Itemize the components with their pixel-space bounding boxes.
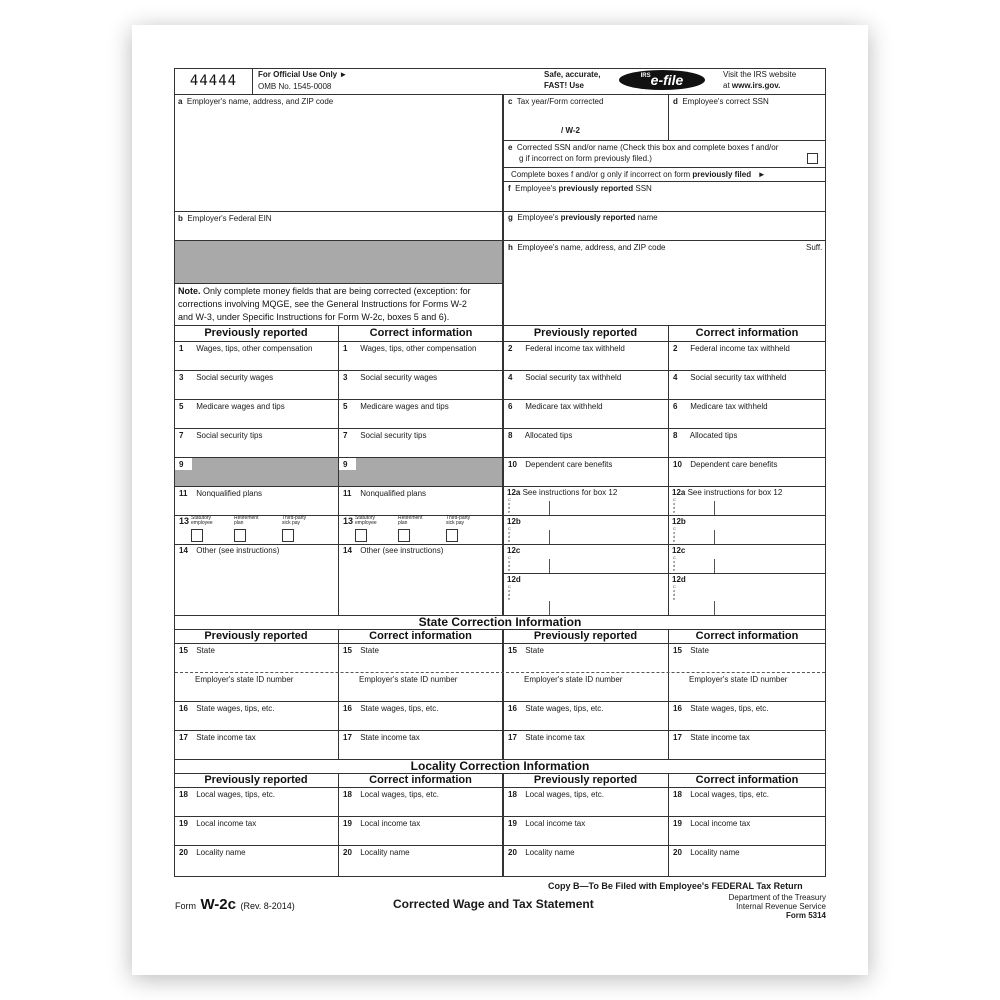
box-15-prev-2-field[interactable]	[504, 657, 667, 671]
box-19-label-correct-1: 19 Local income tax	[343, 819, 420, 829]
box-4-label-correct: 4 Social security tax withheld	[673, 373, 786, 383]
box-7-correct-field[interactable]	[339, 442, 502, 456]
state-id-label-correct-1: Employer's state ID number	[356, 675, 457, 685]
fg-instruction: Complete boxes f and/or g only if incorr…	[511, 170, 766, 180]
box-3-label-correct: 3 Social security wages	[343, 373, 437, 383]
state-col-header-2: Previously reported	[503, 629, 668, 643]
locality-col-header-0: Previously reported	[174, 773, 338, 787]
box-19-prev-2-field[interactable]	[504, 830, 667, 844]
box-11-label-correct: 11 Nonqualified plans	[343, 489, 426, 499]
box-6-label-prev: 6 Medicare tax withheld	[508, 402, 603, 412]
box-20-label-prev-2: 20 Locality name	[508, 848, 575, 858]
box-13-option-1-label-2: plan	[398, 521, 407, 526]
box-a-label: a Employer's name, address, and ZIP code	[178, 97, 333, 107]
box-6-label-correct: 6 Medicare tax withheld	[673, 402, 768, 412]
state-id-separator	[175, 672, 825, 673]
box-17-label-correct-1: 17 State income tax	[343, 733, 420, 743]
box-13-retirement-plan-checkbox-correct[interactable]	[398, 529, 410, 542]
col-header-correct-2: Correct information	[668, 326, 826, 340]
box-12c-code-prev-field[interactable]	[514, 556, 548, 572]
box-18-label-correct-1: 18 Local wages, tips, etc.	[343, 790, 439, 800]
box-13-option-2-label-2: sick pay	[282, 521, 300, 526]
box-h-suffix-label: Suff.	[806, 243, 822, 253]
code-vertical-label: Code	[508, 556, 512, 572]
irs-visit-line1: Visit the IRS website	[723, 70, 796, 80]
efile-logo-irs: IRS	[641, 73, 651, 79]
box-9-number-bg	[339, 458, 356, 470]
box-15-label-prev-0: 15 State	[179, 646, 215, 656]
box-9-shaded-prev	[175, 458, 338, 486]
box-17-label-prev-0: 17 State income tax	[179, 733, 256, 743]
box-6-prev-field[interactable]	[504, 413, 667, 427]
box-16-prev-0-field[interactable]	[175, 715, 337, 729]
box-16-label-correct-1: 16 State wages, tips, etc.	[343, 704, 438, 714]
box-13-statutory-employee-checkbox-correct[interactable]	[355, 529, 367, 542]
box-13-option-0-label-2: employee	[355, 521, 377, 526]
box-14-other-prev-field[interactable]	[175, 557, 337, 614]
box-14-label-prev: 14 Other (see instructions)	[179, 546, 279, 556]
box-14-other-correct-field[interactable]	[339, 557, 502, 614]
box-17-label-prev-2: 17 State income tax	[508, 733, 585, 743]
box-12a-label-prev: 12a See instructions for box 12	[507, 488, 617, 498]
code-divider	[549, 530, 550, 544]
box-8-label-correct: 8 Allocated tips	[673, 431, 737, 441]
code-divider	[714, 530, 715, 544]
box-19-correct-3-field[interactable]	[669, 830, 825, 844]
state-id-prev-2-field[interactable]	[504, 686, 667, 700]
box-1-label-correct: 1 Wages, tips, other compensation	[343, 344, 476, 354]
efile-logo-text: e-file	[651, 72, 684, 88]
code-vertical-label: Code	[673, 585, 677, 601]
box-11-prev-field[interactable]	[175, 500, 337, 514]
box-13-retirement-plan-checkbox-prev[interactable]	[234, 529, 246, 542]
locality-section-title: Locality Correction Information	[174, 759, 826, 773]
box-12d-amount-correct-field[interactable]	[716, 585, 824, 614]
state-section-title: State Correction Information	[174, 615, 826, 629]
box-16-label-prev-0: 16 State wages, tips, etc.	[179, 704, 274, 714]
code-vertical-label: Code	[508, 498, 512, 514]
box-10-prev-field[interactable]	[504, 471, 667, 485]
state-id-prev-0-field[interactable]	[175, 686, 337, 700]
box-17-correct-3-field[interactable]	[669, 744, 825, 758]
box-3-correct-field[interactable]	[339, 384, 502, 398]
box-18-prev-0-field[interactable]	[175, 801, 337, 815]
box-3-prev-field[interactable]	[175, 384, 337, 398]
state-col-header-3: Correct information	[668, 629, 826, 643]
box-e-corrected-checkbox[interactable]	[807, 153, 818, 164]
box-2-prev-field[interactable]	[504, 355, 667, 369]
col-header-correct-1: Correct information	[339, 326, 503, 340]
box-5-label-correct: 5 Medicare wages and tips	[343, 402, 449, 412]
state-id-label-prev-0: Employer's state ID number	[192, 675, 293, 685]
box-c-label: c Tax year/Form corrected	[508, 97, 603, 107]
box-20-label-correct-3: 20 Locality name	[673, 848, 740, 858]
box-6-correct-field[interactable]	[669, 413, 825, 427]
box-20-prev-0-field[interactable]	[175, 859, 337, 873]
state-col-header-0: Previously reported	[174, 629, 338, 643]
box-20-label-prev-0: 20 Locality name	[179, 848, 246, 858]
locality-col-header-2: Previously reported	[503, 773, 668, 787]
box-7-prev-field[interactable]	[175, 442, 337, 456]
box-1-label-prev: 1 Wages, tips, other compensation	[179, 344, 312, 354]
efile-tagline-1: Safe, accurate,	[544, 70, 600, 80]
box-12b-amount-prev-field[interactable]	[551, 527, 666, 543]
box-16-label-prev-2: 16 State wages, tips, etc.	[508, 704, 603, 714]
shaded-area	[175, 241, 502, 283]
box-7-label-correct: 7 Social security tips	[343, 431, 426, 441]
state-id-label-prev-2: Employer's state ID number	[521, 675, 622, 685]
box-11-correct-field[interactable]	[339, 500, 502, 514]
employee-name-address-field[interactable]	[504, 254, 825, 325]
box-12b-code-prev-field[interactable]	[514, 527, 548, 543]
box-19-label-correct-3: 19 Local income tax	[673, 819, 750, 829]
box-b-label: b Employer's Federal EIN	[178, 214, 272, 224]
code-divider	[549, 601, 550, 615]
code-vertical-label: Code	[673, 498, 677, 514]
box-17-label-correct-3: 17 State income tax	[673, 733, 750, 743]
box-2-label-correct: 2 Federal income tax withheld	[673, 344, 790, 354]
box-4-correct-field[interactable]	[669, 384, 825, 398]
box-13-third-party-sick-pay-checkbox-correct[interactable]	[446, 529, 458, 542]
box-16-prev-2-field[interactable]	[504, 715, 667, 729]
box-8-correct-field[interactable]	[669, 442, 825, 456]
box-20-correct-3-field[interactable]	[669, 859, 825, 873]
locality-col-header-1: Correct information	[338, 773, 503, 787]
box-10-label-correct: 10 Dependent care benefits	[673, 460, 777, 470]
box-20-correct-1-field[interactable]	[339, 859, 502, 873]
code-divider	[714, 501, 715, 515]
box-f-label: f Employee's previously reported SSN	[508, 184, 652, 194]
box-14-label-correct: 14 Other (see instructions)	[343, 546, 443, 556]
box-9-number-bg	[175, 458, 192, 470]
box-g-label: g Employee's previously reported name	[508, 213, 658, 223]
box-18-prev-2-field[interactable]	[504, 801, 667, 815]
box-13-option-2-label-2: sick pay	[446, 521, 464, 526]
code-divider	[714, 601, 715, 615]
irs-visit-at: at	[723, 81, 732, 90]
state-col-header-1: Correct information	[338, 629, 503, 643]
box-12c-code-correct-field[interactable]	[679, 556, 713, 572]
box-19-correct-1-field[interactable]	[339, 830, 502, 844]
box-10-correct-field[interactable]	[669, 471, 825, 485]
box-19-label-prev-2: 19 Local income tax	[508, 819, 585, 829]
box-d-label: d Employee's correct SSN	[673, 97, 769, 107]
irs-efile-logo: IRSe-file	[619, 70, 705, 90]
box-17-correct-1-field[interactable]	[339, 744, 502, 758]
irs-website-link[interactable]: www.irs.gov.	[732, 81, 780, 90]
box-18-correct-3-field[interactable]	[669, 801, 825, 815]
form-title: Corrected Wage and Tax Statement	[393, 897, 594, 911]
box-18-label-correct-3: 18 Local wages, tips, etc.	[673, 790, 769, 800]
box-1-prev-field[interactable]	[175, 355, 337, 369]
box-12a-code-correct-field[interactable]	[679, 498, 713, 514]
box-h-label: h Employee's name, address, and ZIP code	[508, 243, 665, 253]
box-18-label-prev-0: 18 Local wages, tips, etc.	[179, 790, 275, 800]
box-12d-code-correct-field[interactable]	[679, 585, 713, 614]
box-12d-code-prev-field[interactable]	[514, 585, 548, 614]
employer-ein-field[interactable]	[175, 224, 502, 240]
box-15-correct-1-field[interactable]	[339, 657, 502, 671]
box-15-label-prev-2: 15 State	[508, 646, 544, 656]
box-12a-amount-prev-field[interactable]	[551, 498, 666, 514]
box-13-statutory-employee-checkbox-prev[interactable]	[191, 529, 203, 542]
col-header-prev-1: Previously reported	[174, 326, 338, 340]
code-divider	[714, 559, 715, 573]
box-15-label-correct-1: 15 State	[343, 646, 379, 656]
box-e-label-line2: g if incorrect on form previously filed.…	[519, 154, 652, 164]
box-17-prev-2-field[interactable]	[504, 744, 667, 758]
code-divider	[549, 501, 550, 515]
box-12a-label-correct: 12a See instructions for box 12	[672, 488, 782, 498]
box-13-option-1-label-2: plan	[234, 521, 243, 526]
box-9-shaded-correct	[339, 458, 502, 486]
copy-designation: Copy B—To Be Filed with Employee's FEDER…	[548, 881, 803, 891]
col-header-prev-2: Previously reported	[503, 326, 668, 340]
employee-correct-ssn-field[interactable]	[669, 108, 825, 140]
box-12a-code-prev-field[interactable]	[514, 498, 548, 514]
box-4-prev-field[interactable]	[504, 384, 667, 398]
box-12c-amount-correct-field[interactable]	[716, 556, 824, 572]
box-15-label-correct-3: 15 State	[673, 646, 709, 656]
note-text: Note. Only complete money fields that ar…	[178, 285, 500, 324]
box-16-correct-3-field[interactable]	[669, 715, 825, 729]
box-13-number-correct: 13	[343, 516, 353, 526]
box-12d-amount-prev-field[interactable]	[551, 585, 666, 614]
code-vertical-label: Code	[508, 585, 512, 601]
code-vertical-label: Code	[673, 556, 677, 572]
box-19-label-prev-0: 19 Local income tax	[179, 819, 256, 829]
box-7-label-prev: 7 Social security tips	[179, 431, 262, 441]
box-5-label-prev: 5 Medicare wages and tips	[179, 402, 285, 412]
box-18-correct-1-field[interactable]	[339, 801, 502, 815]
box-1-correct-field[interactable]	[339, 355, 502, 369]
code-vertical-label: Code	[508, 527, 512, 543]
box-13-number-prev: 13	[179, 516, 189, 526]
box-13-third-party-sick-pay-checkbox-prev[interactable]	[282, 529, 294, 542]
box-4-label-prev: 4 Social security tax withheld	[508, 373, 621, 383]
box-8-prev-field[interactable]	[504, 442, 667, 456]
box-20-label-correct-1: 20 Locality name	[343, 848, 410, 858]
box-5-correct-field[interactable]	[339, 413, 502, 427]
state-id-correct-3-field[interactable]	[669, 686, 825, 700]
previously-reported-ssn-field[interactable]	[504, 194, 825, 211]
omb-number: OMB No. 1545-0008	[258, 82, 331, 92]
locality-col-header-3: Correct information	[668, 773, 826, 787]
box-5-prev-field[interactable]	[175, 413, 337, 427]
box-12b-code-correct-field[interactable]	[679, 527, 713, 543]
box-9-label-prev: 9	[179, 460, 183, 470]
box-20-prev-2-field[interactable]	[504, 859, 667, 873]
control-number: 44444	[175, 69, 252, 94]
box-c-value[interactable]: / W-2	[561, 126, 580, 136]
box-15-prev-0-field[interactable]	[175, 657, 337, 671]
box-10-label-prev: 10 Dependent care benefits	[508, 460, 612, 470]
state-id-label-correct-3: Employer's state ID number	[686, 675, 787, 685]
employer-name-address-field[interactable]	[175, 108, 502, 210]
box-2-label-prev: 2 Federal income tax withheld	[508, 344, 625, 354]
box-15-correct-3-field[interactable]	[669, 657, 825, 671]
box-11-label-prev: 11 Nonqualified plans	[179, 489, 262, 499]
box-2-correct-field[interactable]	[669, 355, 825, 369]
code-vertical-label: Code	[673, 527, 677, 543]
efile-tagline-2: FAST! Use	[544, 81, 584, 91]
previously-reported-name-field[interactable]	[504, 223, 825, 240]
state-id-correct-1-field[interactable]	[339, 686, 502, 700]
box-12b-amount-correct-field[interactable]	[716, 527, 824, 543]
box-17-prev-0-field[interactable]	[175, 744, 337, 758]
box-16-correct-1-field[interactable]	[339, 715, 502, 729]
box-8-label-prev: 8 Allocated tips	[508, 431, 572, 441]
box-e-label-line1: e Corrected SSN and/or name (Check this …	[508, 143, 778, 153]
box-3-label-prev: 3 Social security wages	[179, 373, 273, 383]
box-13-option-0-label-2: employee	[191, 521, 213, 526]
code-divider	[549, 559, 550, 573]
box-12a-amount-correct-field[interactable]	[716, 498, 824, 514]
form-number: Form 5314	[693, 911, 826, 921]
form-identifier: Form W-2c (Rev. 8-2014)	[175, 896, 295, 914]
box-16-label-correct-3: 16 State wages, tips, etc.	[673, 704, 768, 714]
box-18-label-prev-2: 18 Local wages, tips, etc.	[508, 790, 604, 800]
official-use-label: For Official Use Only ►	[258, 70, 347, 80]
box-12c-amount-prev-field[interactable]	[551, 556, 666, 572]
box-9-label-correct: 9	[343, 460, 347, 470]
box-19-prev-0-field[interactable]	[175, 830, 337, 844]
